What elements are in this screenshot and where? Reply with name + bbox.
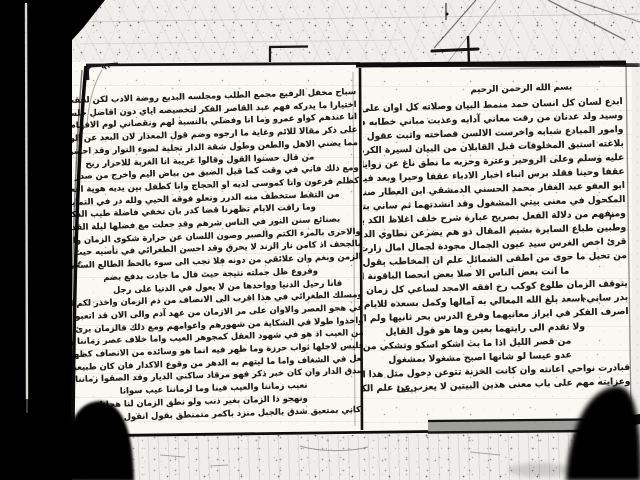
- noise-overlay: [0, 0, 640, 480]
- manuscript-scan: ٩١ ء سباح محفل الرفيع مجمع الطلب ومجلسه …: [0, 0, 640, 480]
